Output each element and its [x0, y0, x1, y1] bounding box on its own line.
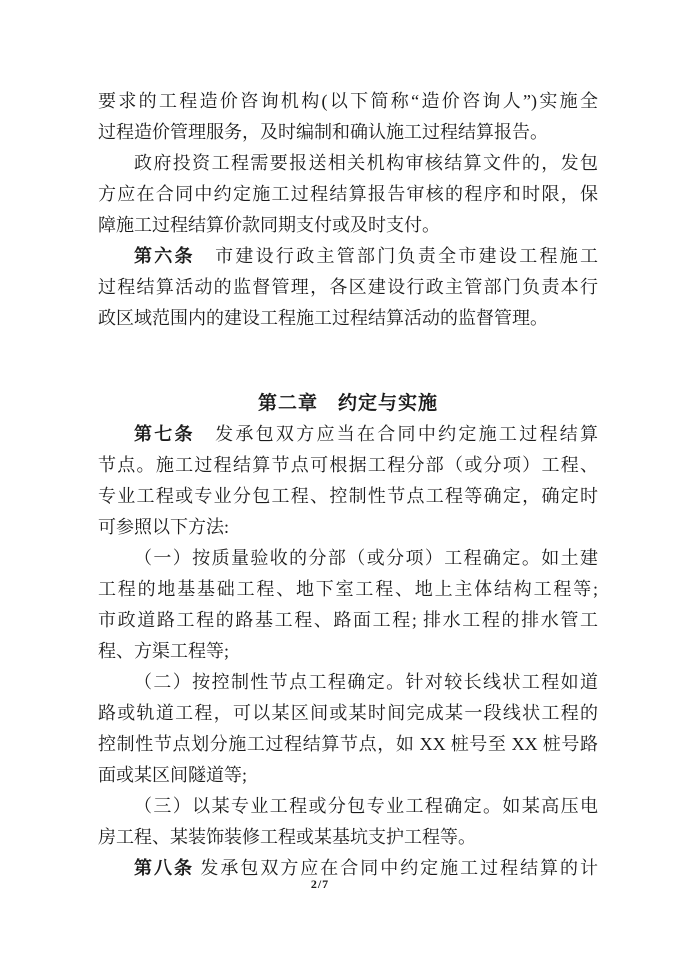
text-line: 第六条 市建设行政主管部门负责全市建设工程施工	[98, 241, 598, 272]
text-line: 过程结算活动的监督管理，各区建设行政主管部门负责本行	[98, 272, 598, 303]
paragraph: 第六条 市建设行政主管部门负责全市建设工程施工过程结算活动的监督管理，各区建设行…	[98, 241, 598, 334]
text-line: 程、方渠工程等;	[98, 636, 598, 667]
page-number: 2/7	[0, 876, 640, 892]
text-line: 障施工过程结算价款同期支付或及时支付。	[98, 210, 598, 241]
text-line: 节点。施工过程结算节点可根据工程分部（或分项）工程、	[98, 450, 598, 481]
text-line: 市政道路工程的路基工程、路面工程; 排水工程的排水管工	[98, 605, 598, 636]
text-line: 控制性节点划分施工过程结算节点，如 XX 桩号至 XX 桩号路	[98, 729, 598, 760]
text-line: 工程的地基基础工程、地下室工程、地上主体结构工程等;	[98, 574, 598, 605]
text-line: 过程造价管理服务，及时编制和确认施工过程结算报告。	[98, 117, 598, 148]
text-line: 政区域范围内的建设工程施工过程结算活动的监督管理。	[98, 303, 598, 334]
text-line: （一）按质量验收的分部（或分项）工程确定。如土建	[98, 543, 598, 574]
paragraph: （二）按控制性节点工程确定。针对较长线状工程如道路或轨道工程，可以某区间或某时间…	[98, 667, 598, 791]
paragraph: （三）以某专业工程或分包专业工程确定。如某高压电房工程、某装饰装修工程或某基坑支…	[98, 791, 598, 853]
text-line: 要求的工程造价咨询机构(以下简称“造价咨询人”)实施全	[98, 86, 598, 117]
paragraph: 第七条 发承包双方应当在合同中约定施工过程结算节点。施工过程结算节点可根据工程分…	[98, 419, 598, 543]
text-line: 可参照以下方法:	[98, 512, 598, 543]
text-line: 路或轨道工程，可以某区间或某时间完成某一段线状工程的	[98, 698, 598, 729]
article-number-label: 第七条	[134, 424, 195, 444]
text-line: 第七条 发承包双方应当在合同中约定施工过程结算	[98, 419, 598, 450]
paragraph: （一）按质量验收的分部（或分项）工程确定。如土建工程的地基基础工程、地下室工程、…	[98, 543, 598, 667]
text-line: （二）按控制性节点工程确定。针对较长线状工程如道	[98, 667, 598, 698]
article-number-label: 第六条	[134, 246, 195, 266]
paragraph: 政府投资工程需要报送相关机构审核结算文件的，发包方应在合同中约定施工过程结算报告…	[98, 148, 598, 241]
text-line: 房工程、某装饰装修工程或某基坑支护工程等。	[98, 822, 598, 853]
chapter-heading: 第二章 约定与实施	[98, 388, 598, 419]
paragraph: 要求的工程造价咨询机构(以下简称“造价咨询人”)实施全过程造价管理服务，及时编制…	[98, 86, 598, 148]
text-line: 方应在合同中约定施工过程结算报告审核的程序和时限，保	[98, 179, 598, 210]
text-line: 专业工程或专业分包工程、控制性节点工程等确定，确定时	[98, 481, 598, 512]
text-line: 政府投资工程需要报送相关机构审核结算文件的，发包	[98, 148, 598, 179]
text-line: （三）以某专业工程或分包专业工程确定。如某高压电	[98, 791, 598, 822]
text-line: 面或某区间隧道等;	[98, 760, 598, 791]
document-page: 要求的工程造价咨询机构(以下简称“造价咨询人”)实施全过程造价管理服务，及时编制…	[0, 0, 680, 962]
document-body: 要求的工程造价咨询机构(以下简称“造价咨询人”)实施全过程造价管理服务，及时编制…	[98, 86, 598, 884]
article-number-label: 第八条	[134, 858, 194, 878]
